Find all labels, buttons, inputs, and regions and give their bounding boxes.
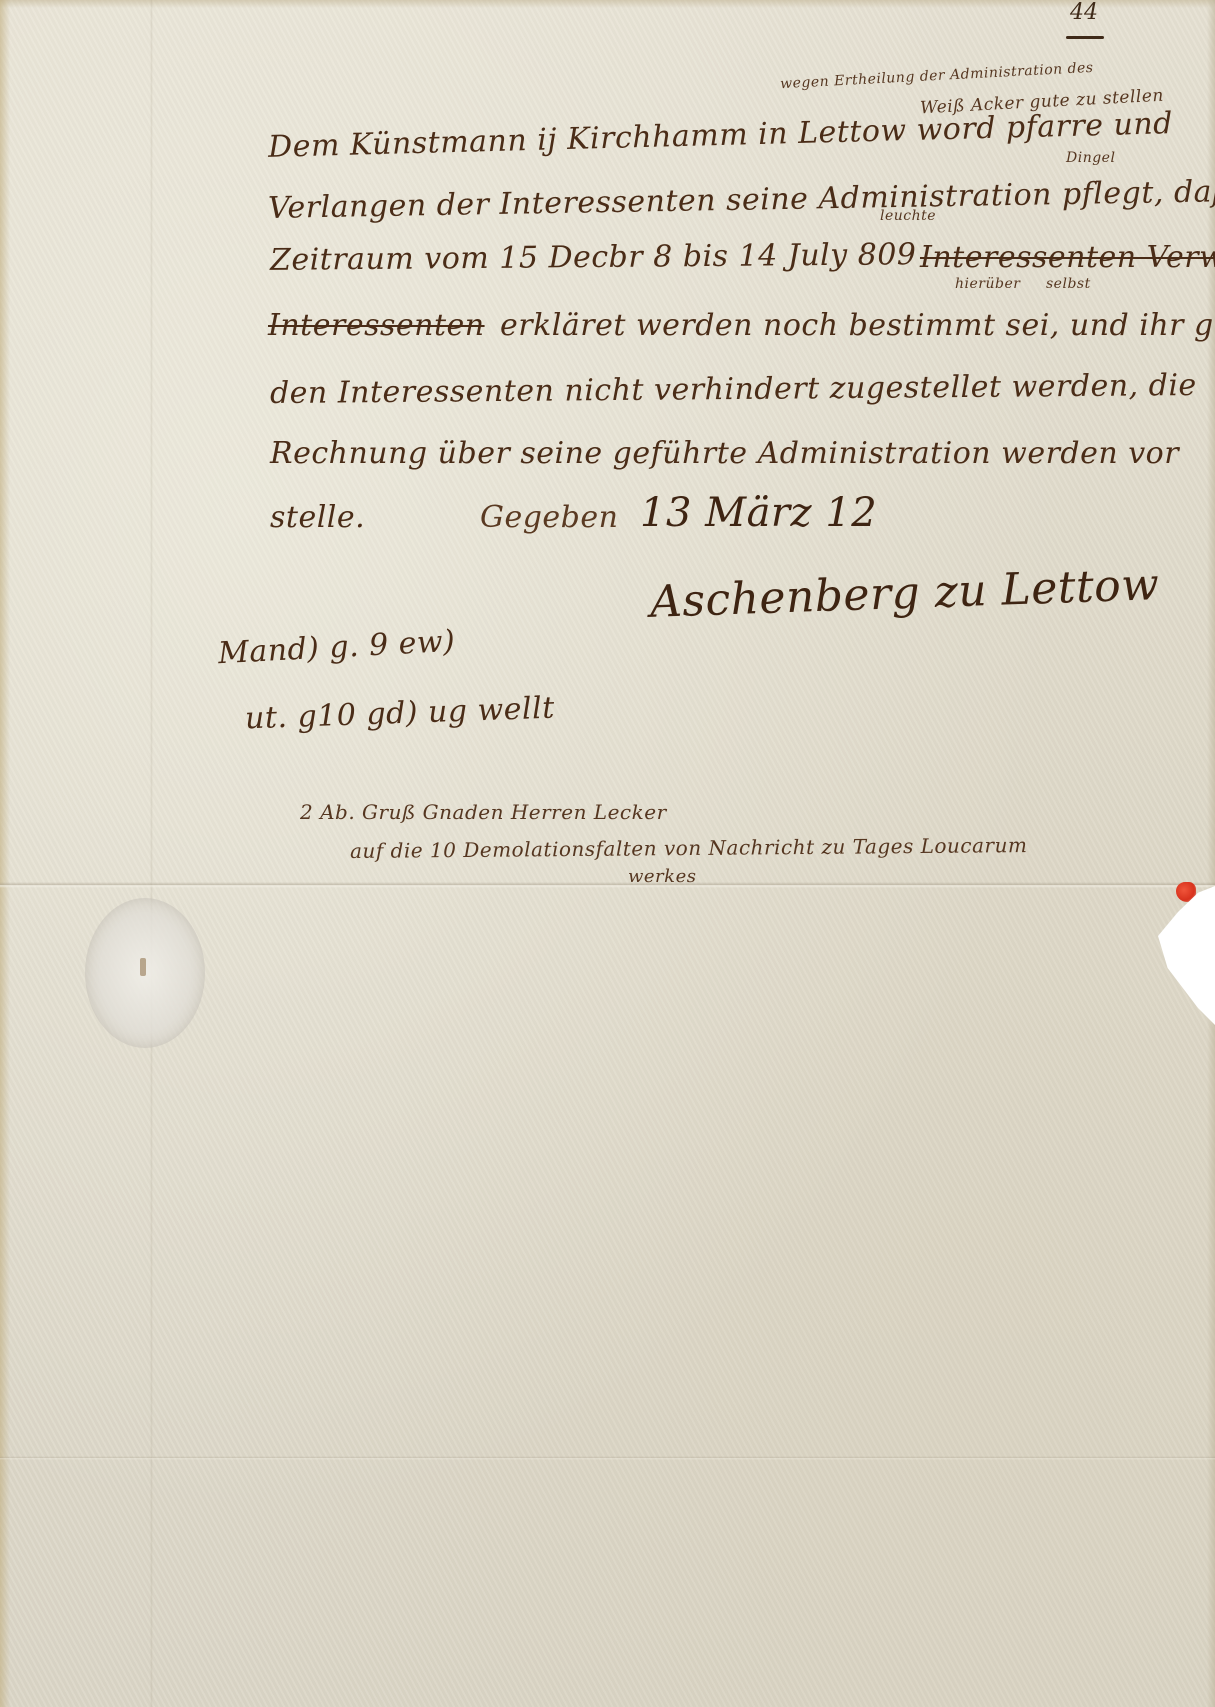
- interlinear-over-line-3: leuchte: [880, 208, 936, 224]
- body-line-5: den Interessenten nicht verhindert zuges…: [270, 368, 1197, 411]
- annotation-line-3: werkes: [628, 866, 696, 887]
- note-line-1: Mand) g. 9 ew): [217, 624, 456, 671]
- note-line-2: ut. g10 gd) ug wellt: [244, 691, 555, 737]
- body-line-2: Verlangen der Interessenten seine Admini…: [268, 173, 1215, 226]
- interlinear-insertion: wegen Ertheilung der Administration des: [780, 60, 1094, 92]
- struck-text-line-4: Interessenten: [268, 308, 485, 343]
- horizontal-fold-line: [0, 882, 1215, 888]
- seal-mark: [140, 958, 146, 976]
- interlinear-over-line-4-a: hierüber: [955, 276, 1020, 292]
- seal-impression: [85, 898, 205, 1048]
- interlinear-over-line-4-b: selbst: [1046, 276, 1091, 292]
- closing-date: 13 März 12: [640, 490, 877, 536]
- vertical-fold-line: [150, 0, 153, 1707]
- annotation-line-1: 2 Ab. Gruß Gnaden Herren Lecker: [300, 800, 667, 824]
- body-line-7: stelle.: [270, 500, 365, 535]
- body-line-3: Zeitraum vom 15 Decbr 8 bis 14 July 809: [270, 237, 917, 278]
- struck-text-line-3: Interessenten Verwaltung: [920, 240, 1215, 275]
- body-line-1: Dem Künstmann ij Kirchhamm in Lettow wor…: [268, 106, 1174, 165]
- body-line-4: erkläret werden noch bestimmt sei, und i…: [500, 308, 1215, 343]
- paper-left-edge: [0, 0, 10, 1707]
- document-page: 44 wegen Ertheilung der Administration d…: [0, 0, 1215, 1707]
- signature: Aschenberg zu Lettow: [649, 559, 1160, 628]
- annotation-line-2: auf die 10 Demolationsfalten von Nachric…: [350, 833, 1028, 863]
- folio-number: 44: [1070, 0, 1098, 25]
- paper-top-edge: [0, 0, 1215, 8]
- folio-underline: [1066, 36, 1104, 39]
- closing-prefix: Gegeben: [480, 500, 618, 535]
- horizontal-fold-line-lower: [0, 1456, 1215, 1460]
- interlinear-end-line-2: Dingel: [1066, 150, 1115, 166]
- torn-edge-notch: [1150, 880, 1215, 1040]
